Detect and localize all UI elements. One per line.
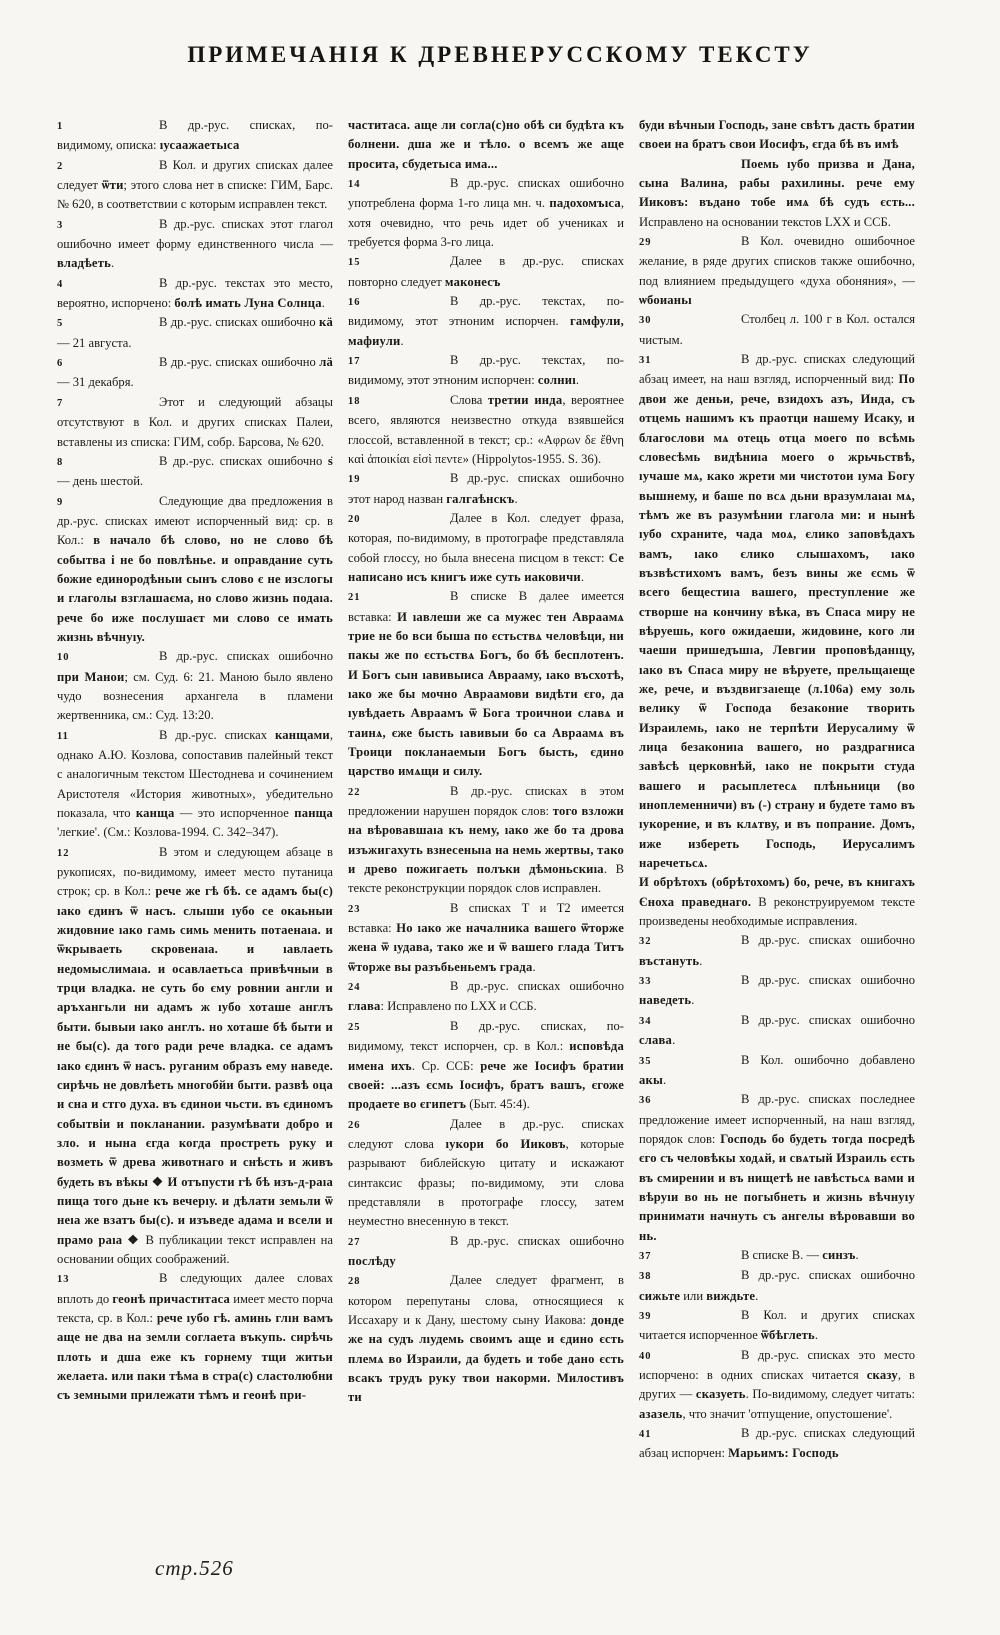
- editorial-text: .: [691, 993, 694, 1007]
- slavonic-quote-text: при Манои: [57, 670, 125, 684]
- note-paragraph: 31В др.-рус. списках следующий абзац име…: [639, 350, 915, 873]
- slavonic-quote-text: кӓ: [319, 315, 333, 329]
- notes-column-3: буди вѣчныи Господь, зане свѣтъ дасть бр…: [639, 116, 915, 1511]
- editorial-text: .: [581, 570, 584, 584]
- editorial-text: .: [672, 1033, 675, 1047]
- note-paragraph: 23В списках Т и Т2 имеется вставка: Но ı…: [348, 899, 624, 977]
- note-number: 4: [57, 275, 73, 294]
- editorial-text: . Ср. ССБ:: [412, 1059, 480, 1073]
- slavonic-quote-text: солниı: [538, 373, 576, 387]
- note-number: 27: [348, 1233, 364, 1252]
- note-paragraph: 20Далее в Кол. следует фраза, которая, п…: [348, 509, 624, 587]
- note-number: 24: [348, 978, 364, 997]
- note-paragraph: 10В др.-рус. списках ошибочно при Манои;…: [57, 647, 333, 725]
- slavonic-quote-text: сижьте: [639, 1289, 680, 1303]
- slavonic-quote-text: геонѣ причастнтаса: [112, 1292, 230, 1306]
- page-number: стр.526: [155, 1556, 234, 1581]
- slavonic-quote-text: падохомъıса: [549, 196, 620, 210]
- note-paragraph: 6В др.-рус. списках ошибочно лӓ — 31 дек…: [57, 353, 333, 393]
- editorial-text: .: [755, 1289, 758, 1303]
- note-paragraph: 12В этом и следующем абзаце в рукописях,…: [57, 843, 333, 1270]
- note-number: 34: [639, 1012, 655, 1031]
- note-number: 2: [57, 157, 73, 176]
- note-paragraph: 40В др.-рус. списках это место испорчено…: [639, 1346, 915, 1424]
- note-paragraph: 7Этот и следующий абзацы отсутствуют в К…: [57, 393, 333, 452]
- editorial-text: В др.-рус. списках ошибочно: [159, 454, 328, 468]
- note-number: 23: [348, 900, 364, 919]
- note-paragraph: 37В списке В. — синзъ.: [639, 1246, 915, 1266]
- note-number: 17: [348, 352, 364, 371]
- note-paragraph: 19В др.-рус. списках ошибочно этот народ…: [348, 469, 624, 509]
- note-number: 9: [57, 493, 73, 512]
- note-paragraph: 32В др.-рус. списках ошибочно въстануть.: [639, 931, 915, 971]
- note-number: 33: [639, 972, 655, 991]
- editorial-text: В списке В. —: [741, 1248, 822, 1262]
- note-paragraph: 8В др.-рус. списках ошибочно ѕ̈ — день ш…: [57, 452, 333, 492]
- editorial-text: — 31 декабря.: [57, 375, 134, 389]
- editorial-text: (Быт. 45:4).: [466, 1097, 530, 1111]
- slavonic-quote-text: рече же гѣ бѣ. се адамъ бы(с) ıако єдинъ…: [57, 884, 333, 1246]
- slavonic-quote-text: болѣ имать Луна Солнца: [174, 296, 321, 310]
- note-number: 38: [639, 1267, 655, 1286]
- slavonic-quote-text: синзъ: [822, 1248, 855, 1262]
- slavonic-quote-text: галгаѣнскъ: [446, 492, 514, 506]
- note-number: 7: [57, 394, 73, 413]
- slavonic-quote-text: панща: [294, 806, 333, 820]
- editorial-text: В др.-рус. списках ошибочно: [159, 355, 319, 369]
- slavonic-quote-text: сказуеть: [696, 1387, 746, 1401]
- note-paragraph: 33В др.-рус. списках ошибочно наведеть.: [639, 971, 915, 1011]
- note-number: 32: [639, 932, 655, 951]
- note-paragraph: 41В др.-рус. списках следующий абзац исп…: [639, 1424, 915, 1464]
- note-paragraph: 38В др.-рус. списках ошибочно сижьте или…: [639, 1266, 915, 1306]
- slavonic-quote-text: въстануть: [639, 954, 699, 968]
- editorial-text: В др.-рус. списках: [159, 728, 275, 742]
- note-paragraph: 17В др.-рус. текстах, по-видимому, этот …: [348, 351, 624, 391]
- note-paragraph: 16В др.-рус. текстах, по-видимому, этот …: [348, 292, 624, 351]
- note-number: 18: [348, 392, 364, 411]
- note-number: 21: [348, 588, 364, 607]
- note-paragraph: 39В Кол. и других списках читается испор…: [639, 1306, 915, 1346]
- slavonic-quote-text: Марьимъ: Господь: [728, 1446, 839, 1460]
- slavonic-quote-text: глава: [348, 999, 381, 1013]
- editorial-text: , что значит 'отпущение, опустошение'.: [682, 1407, 892, 1421]
- note-paragraph: 30Столбец л. 100 г в Кол. остался чистым…: [639, 310, 915, 350]
- note-paragraph: Поемь ıубо призва и Дана, сына Валина, р…: [639, 155, 915, 232]
- note-paragraph: 3В др.-рус. списках этот глагол ошибочно…: [57, 215, 333, 274]
- editorial-text: .: [576, 373, 579, 387]
- note-number: 14: [348, 175, 364, 194]
- slavonic-quote-text: слава: [639, 1033, 672, 1047]
- slavonic-quote-text: ѕ̈: [328, 454, 333, 468]
- note-number: 10: [57, 648, 73, 667]
- note-paragraph: И обрѣтохъ (обрѣтохомъ) бо, рече, въ кни…: [639, 873, 915, 931]
- note-number: 13: [57, 1270, 73, 1289]
- editorial-text: .: [533, 960, 536, 974]
- editorial-text: В др.-рус. списках следующий абзац имеет…: [639, 352, 915, 386]
- slavonic-quote-text: ıусаажаетьıса: [160, 138, 240, 152]
- editorial-text: 'легкие'. (См.: Козлова-1994. С. 342–347…: [57, 825, 278, 839]
- editorial-text: В др.-рус. списках ошибочно: [159, 315, 319, 329]
- note-paragraph: 1В др.-рус. списках, по-видимому, описка…: [57, 116, 333, 156]
- note-paragraph: 22В др.-рус. списках в этом предложении …: [348, 782, 624, 899]
- note-paragraph: буди вѣчныи Господь, зане свѣтъ дасть бр…: [639, 116, 915, 155]
- slavonic-quote-text: канща: [136, 806, 175, 820]
- note-paragraph: 36В др.-рус. списках последнее предложен…: [639, 1090, 915, 1246]
- notes-columns: 1В др.-рус. списках, по-видимому, описка…: [57, 116, 915, 1511]
- slavonic-quote-text: буди вѣчныи Господь, зане свѣтъ дасть бр…: [639, 118, 915, 151]
- note-number: 16: [348, 293, 364, 312]
- note-paragraph: 14В др.-рус. списках ошибочно употреблен…: [348, 174, 624, 252]
- note-number: 39: [639, 1307, 655, 1326]
- editorial-text: .: [400, 334, 403, 348]
- note-paragraph: частитаса. аще ли согла(с)но обѣ си будѣ…: [348, 116, 624, 174]
- slavonic-quote-text: азазель: [639, 1407, 682, 1421]
- slavonic-quote-text: лӓ: [319, 355, 333, 369]
- note-paragraph: 28Далее следует фрагмент, в котором пере…: [348, 1271, 624, 1407]
- book-page: ПРИМЕЧАНІЯ К ДРЕВНЕРУССКОМУ ТЕКСТУ 1В др…: [0, 0, 1000, 1635]
- slavonic-quote-text: И ıавлеши же са мужес тен Авраамѧ трие н…: [348, 610, 624, 779]
- note-paragraph: 29В Кол. очевидно ошибочное желание, в р…: [639, 232, 915, 310]
- editorial-text: : Исправлено по LXX и ССБ.: [381, 999, 537, 1013]
- note-paragraph: 13В следующих далее словах вплоть до гео…: [57, 1269, 333, 1405]
- note-number: 19: [348, 470, 364, 489]
- note-number: 30: [639, 311, 655, 330]
- editorial-text: В др.-рус. списках ошибочно: [741, 973, 915, 987]
- note-number: 41: [639, 1425, 655, 1444]
- editorial-text: — это испорченное: [174, 806, 294, 820]
- slavonic-quote-text: акы: [639, 1073, 663, 1087]
- slavonic-quote-text: ѿбѣглеть: [761, 1328, 815, 1342]
- slavonic-quote-text: ѿти: [102, 178, 124, 192]
- note-paragraph: 24В др.-рус. списках ошибочно глава: Исп…: [348, 977, 624, 1017]
- note-number: 6: [57, 354, 73, 373]
- note-number: 5: [57, 314, 73, 333]
- note-number: 8: [57, 453, 73, 472]
- note-number: 1: [57, 117, 73, 136]
- slavonic-quote-text: владѣеть: [57, 256, 111, 270]
- slavonic-quote-text: частитаса. аще ли согла(с)но обѣ си будѣ…: [348, 118, 624, 171]
- editorial-text: Слова: [450, 393, 488, 407]
- note-number: 29: [639, 233, 655, 252]
- note-paragraph: 34В др.-рус. списках ошибочно слава.: [639, 1011, 915, 1051]
- slavonic-quote-text: наведеть: [639, 993, 691, 1007]
- note-number: 15: [348, 253, 364, 272]
- note-paragraph: 21В списке В далее имеется вставка: И ıа…: [348, 587, 624, 781]
- note-paragraph: 27В др.-рус. списках ошибочно послѣду: [348, 1232, 624, 1272]
- note-number: 12: [57, 844, 73, 863]
- editorial-text: .: [514, 492, 517, 506]
- slavonic-quote-text: Господь бо будеть тогда посредѣ єго съ ч…: [639, 1132, 915, 1243]
- editorial-text: В Кол. очевидно ошибочное желание, в ряд…: [639, 234, 915, 288]
- editorial-text: В др.-рус. списках ошибочно: [741, 1013, 915, 1027]
- note-paragraph: 25В др.-рус. списках, по-видимому, текст…: [348, 1017, 624, 1115]
- slavonic-quote-text: маконесъ: [445, 275, 501, 289]
- note-number: 40: [639, 1347, 655, 1366]
- note-number: 37: [639, 1247, 655, 1266]
- editorial-text: .: [856, 1248, 859, 1262]
- editorial-text: Исправлено на основании текстов LXX и СС…: [639, 215, 891, 229]
- editorial-text: — 21 августа.: [57, 336, 131, 350]
- slavonic-quote-text: ıукори бо Ииковъ: [445, 1137, 565, 1151]
- slavonic-quote-text: сказу: [867, 1368, 898, 1382]
- note-number: 31: [639, 351, 655, 370]
- note-number: 11: [57, 727, 73, 746]
- editorial-text: В др.-рус. списках этот глагол ошибочно …: [57, 217, 333, 251]
- note-paragraph: 15Далее в др.-рус. списках повторно след…: [348, 252, 624, 292]
- editorial-text: .: [663, 1073, 666, 1087]
- editorial-text: .: [815, 1328, 818, 1342]
- note-number: 20: [348, 510, 364, 529]
- editorial-text: .: [111, 256, 114, 270]
- note-paragraph: 2В Кол. и других списках далее следует ѿ…: [57, 156, 333, 215]
- note-paragraph: 18Слова третии инда, вероятнее всего, яв…: [348, 391, 624, 469]
- slavonic-quote-text: Поемь ıубо призва и Дана, сына Валина, р…: [639, 157, 915, 210]
- editorial-text: В др.-рус. списках ошибочно: [741, 1268, 915, 1282]
- editorial-text: В др.-рус. списках ошибочно: [741, 933, 915, 947]
- note-paragraph: 5В др.-рус. списках ошибочно кӓ — 21 авг…: [57, 313, 333, 353]
- editorial-text: — день шестой.: [57, 474, 143, 488]
- slavonic-quote-text: ѡбоианьı: [639, 293, 692, 307]
- note-paragraph: 11В др.-рус. списках канщами, однако А.Ю…: [57, 726, 333, 843]
- editorial-text: В др.-рус. списках ошибочно: [450, 1234, 624, 1248]
- slavonic-quote-text: канщами: [275, 728, 330, 742]
- notes-column-1: 1В др.-рус. списках, по-видимому, описка…: [57, 116, 333, 1511]
- editorial-text: Этот и следующий абзацы отсутствуют в Ко…: [57, 395, 333, 449]
- editorial-text: . По-видимому, следует читать:: [746, 1387, 915, 1401]
- editorial-text: .: [699, 954, 702, 968]
- note-number: 22: [348, 783, 364, 802]
- note-number: 35: [639, 1052, 655, 1071]
- notes-column-2: частитаса. аще ли согла(с)но обѣ си будѣ…: [348, 116, 624, 1511]
- editorial-text: или: [680, 1289, 706, 1303]
- page-title: ПРИМЕЧАНІЯ К ДРЕВНЕРУССКОМУ ТЕКСТУ: [0, 42, 1000, 68]
- note-number: 28: [348, 1272, 364, 1291]
- editorial-text: В др.-рус. текстах, по-видимому, этот эт…: [348, 353, 624, 387]
- editorial-text: В др.-рус. списках ошибочно: [159, 649, 333, 663]
- editorial-text: .: [322, 296, 325, 310]
- note-paragraph: 4В др.-рус. текстах это место, вероятно,…: [57, 274, 333, 314]
- note-number: 36: [639, 1091, 655, 1110]
- slavonic-quote-text: виждьте: [706, 1289, 755, 1303]
- note-paragraph: 26Далее в др.-рус. списках следуют слова…: [348, 1115, 624, 1232]
- slavonic-quote-text: По двои же деньи, рече, взидохъ азъ, Инд…: [639, 372, 915, 870]
- note-number: 25: [348, 1018, 364, 1037]
- note-number: 26: [348, 1116, 364, 1135]
- slavonic-quote-text: третии инда: [488, 393, 563, 407]
- editorial-text: Далее в Кол. следует фраза, которая, по-…: [348, 511, 624, 565]
- note-number: 3: [57, 216, 73, 235]
- editorial-text: Столбец л. 100 г в Кол. остался чистым.: [639, 312, 915, 346]
- note-paragraph: 9Следующие два предложения в др.-рус. сп…: [57, 492, 333, 648]
- editorial-text: В Кол. ошибочно добавлено: [741, 1053, 915, 1067]
- note-paragraph: 35В Кол. ошибочно добавлено акы.: [639, 1051, 915, 1091]
- editorial-text: В др.-рус. списках ошибочно: [450, 979, 624, 993]
- slavonic-quote-text: послѣду: [348, 1254, 396, 1268]
- editorial-text: Далее следует фрагмент, в котором перепу…: [348, 1273, 624, 1327]
- slavonic-quote-text: в начало бѣ слово, но не слово бѣ событв…: [57, 533, 333, 644]
